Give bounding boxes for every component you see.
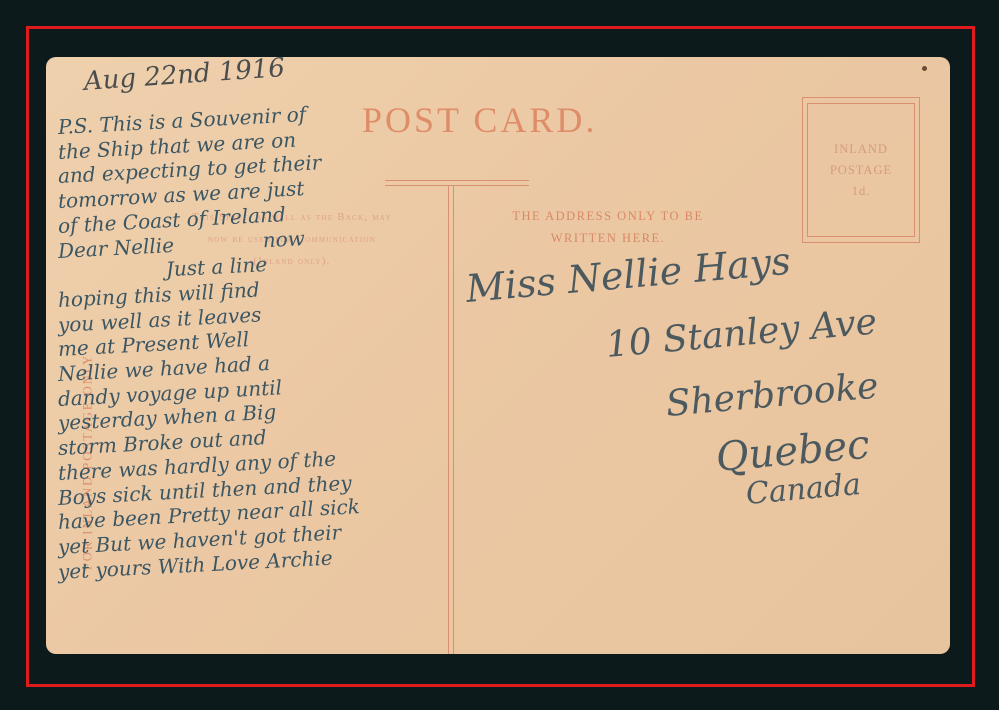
- card-blemish: [922, 66, 927, 71]
- postcard: POST CARD. THE ADDRESS ONLY TO BE WRITTE…: [46, 57, 950, 654]
- stamp-box-inner: INLAND POSTAGE 1d.: [807, 103, 915, 237]
- stamp-line-value: 1d.: [852, 181, 871, 202]
- handwritten-message: P.S. This is a Souvenir of the Ship that…: [58, 115, 458, 584]
- handwritten-date: Aug 22nd 1916: [83, 57, 286, 97]
- address-instruction: THE ADDRESS ONLY TO BE WRITTEN HERE.: [458, 205, 758, 249]
- stamp-line-inland: INLAND: [834, 139, 888, 160]
- stamp-box: INLAND POSTAGE 1d.: [802, 97, 920, 243]
- stamp-line-postage: POSTAGE: [830, 160, 892, 181]
- address-city: Sherbrooke: [664, 360, 947, 425]
- address-street: 10 Stanley Ave: [604, 295, 946, 365]
- address-instruction-line1: THE ADDRESS ONLY TO BE: [458, 205, 758, 227]
- handwritten-address: Miss Nellie Hays 10 Stanley Ave Sherbroo…: [466, 267, 946, 512]
